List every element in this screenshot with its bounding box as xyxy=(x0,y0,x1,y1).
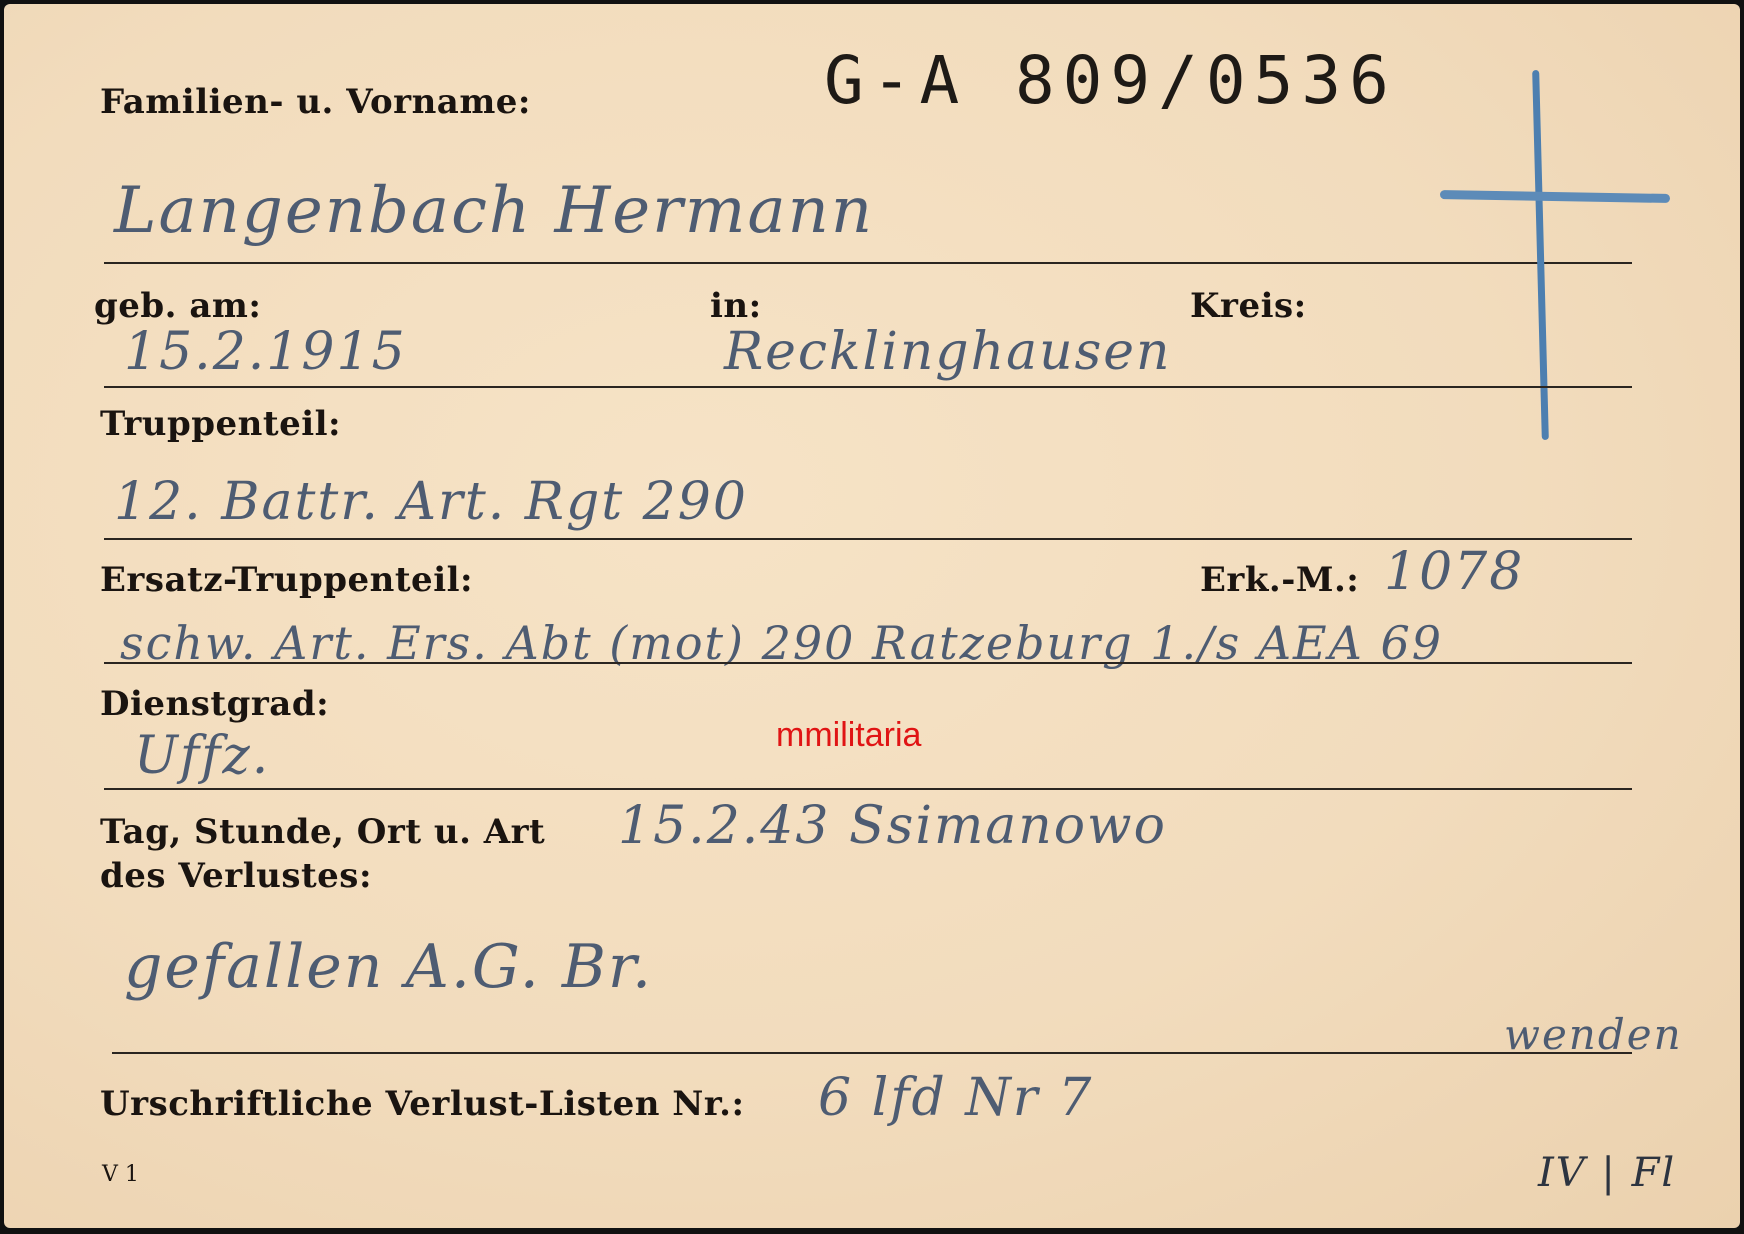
rank-rule xyxy=(104,788,1632,790)
loss-label-line1: Tag, Stunde, Ort u. Art xyxy=(100,812,545,852)
loss-value-line2: gefallen A.G. Br. xyxy=(124,932,653,1002)
birth-place-label: in: xyxy=(710,286,762,326)
name-rule xyxy=(104,262,1632,264)
name-value: Langenbach Hermann xyxy=(114,174,874,248)
birth-rule xyxy=(104,386,1632,388)
form-code: V 1 xyxy=(102,1162,139,1187)
death-cross-icon xyxy=(1532,70,1549,440)
loss-rule xyxy=(112,1052,1632,1054)
loss-list-label: Urschriftliche Verlust-Listen Nr.: xyxy=(100,1084,745,1124)
unit-label: Truppenteil: xyxy=(100,404,341,444)
death-cross-bar-icon xyxy=(1440,190,1670,203)
loss-value-line1: 15.2.43 Ssimanowo xyxy=(618,796,1167,856)
loss-label-line2: des Verlustes: xyxy=(100,856,372,896)
reference-number: G-A 809/0536 xyxy=(824,42,1397,119)
name-label: Familien- u. Vorname: xyxy=(100,82,531,122)
unit-value: 12. Battr. Art. Rgt 290 xyxy=(114,472,748,532)
birth-date-value: 15.2.1915 xyxy=(124,322,407,382)
loss-list-value: 6 lfd Nr 7 xyxy=(818,1068,1093,1128)
birth-date-label: geb. am: xyxy=(94,286,261,326)
replacement-rule xyxy=(104,662,1632,664)
id-tag-label: Erk.-M.: xyxy=(1200,560,1359,600)
id-tag-value: 1078 xyxy=(1384,542,1524,602)
birth-place-value: Recklinghausen xyxy=(724,322,1172,382)
casualty-card: Familien- u. Vorname: G-A 809/0536 Lange… xyxy=(4,4,1740,1228)
rank-value: Uffz. xyxy=(134,726,270,786)
unit-rule xyxy=(104,538,1632,540)
rank-label: Dienstgrad: xyxy=(100,684,329,724)
corner-mark: IV | Fl xyxy=(1538,1150,1676,1196)
district-label: Kreis: xyxy=(1190,286,1307,326)
replacement-unit-label: Ersatz-Truppenteil: xyxy=(100,560,473,600)
watermark: mmilitaria xyxy=(776,716,921,755)
